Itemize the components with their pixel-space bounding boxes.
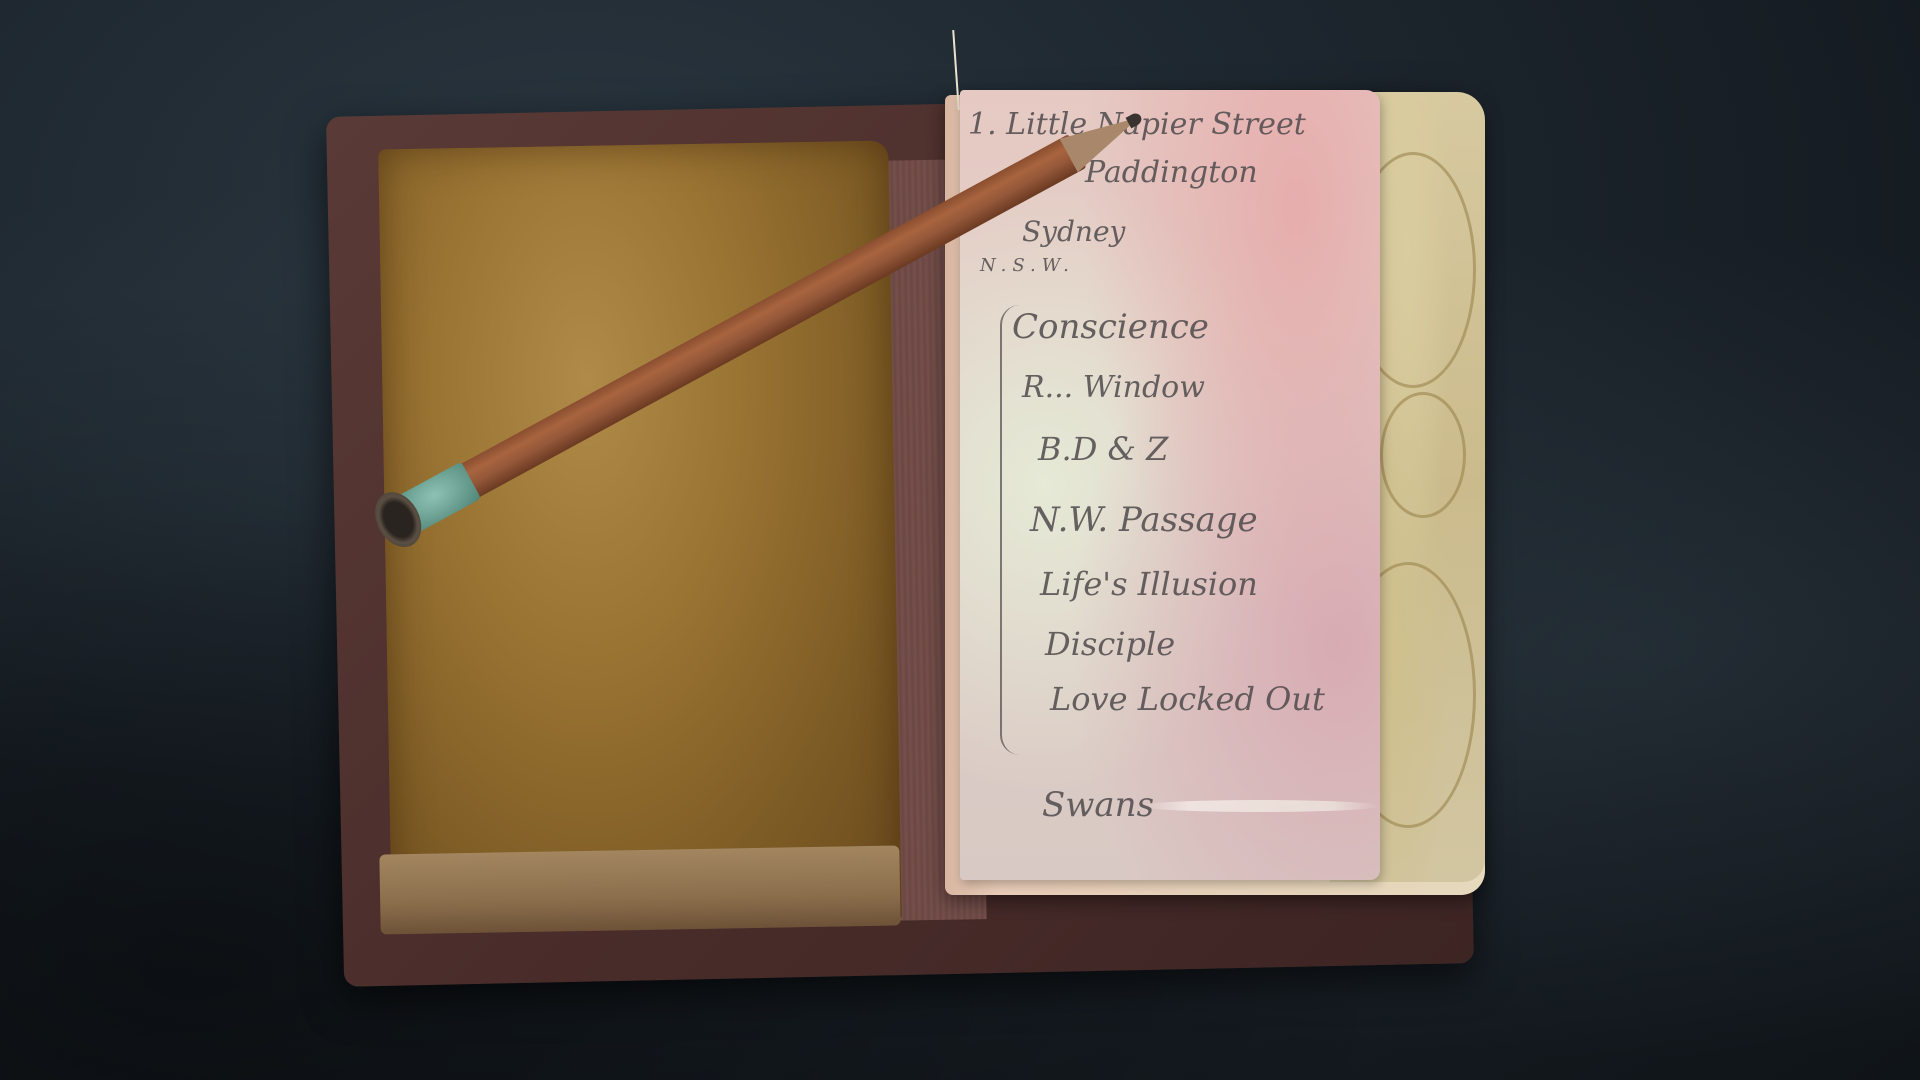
list-item: Disciple [1045,625,1175,663]
list-item: R... Window [1022,370,1205,405]
address-line-2: Paddington [1085,155,1258,190]
list-item: Life's Illusion [1040,565,1258,603]
marble-vein [1380,392,1466,518]
list-item: Conscience [1012,307,1209,347]
pocket-worn-edge [379,845,900,934]
handwritten-notes: 1. Little Napier Street Paddington Sydne… [960,95,1380,875]
address-line-4: N.S.W. [980,255,1075,276]
list-item: N.W. Passage [1030,500,1258,540]
suede-inner-pocket [378,141,902,930]
list-item: B.D & Z [1038,430,1168,468]
list-item: Love Locked Out [1050,680,1325,718]
list-item: Swans [1042,785,1154,825]
address-line-3: Sydney [1022,215,1125,248]
